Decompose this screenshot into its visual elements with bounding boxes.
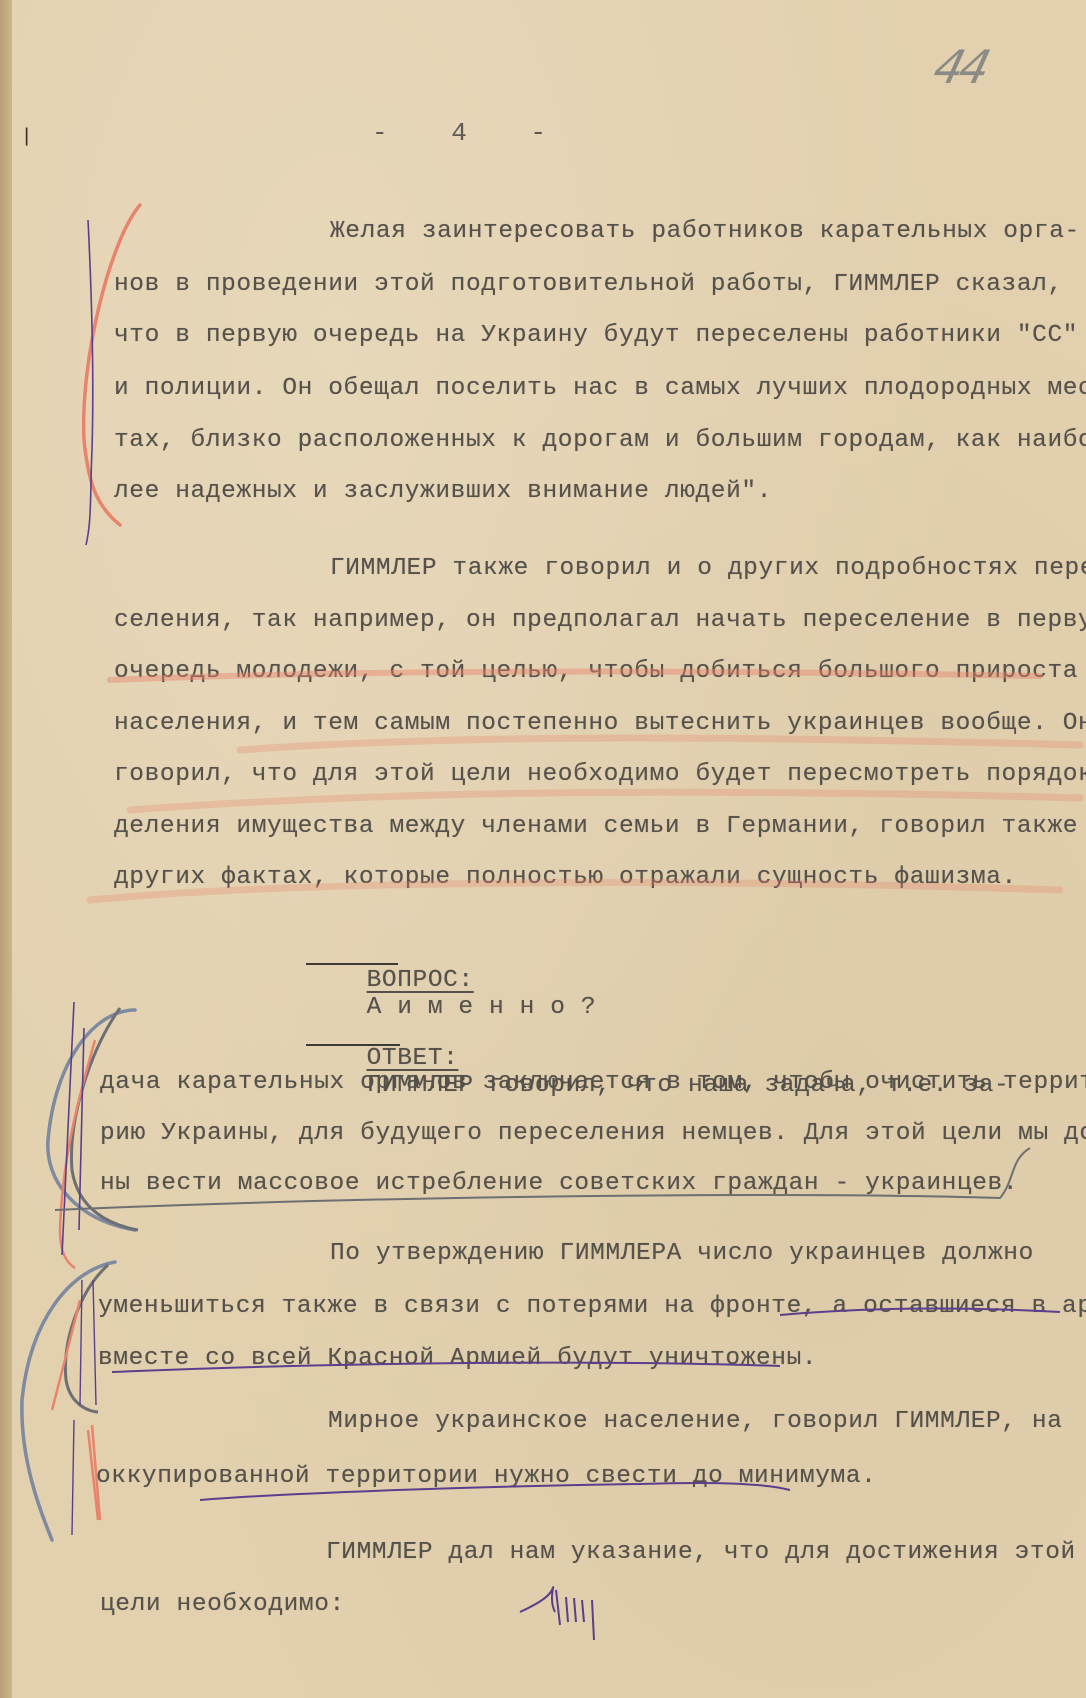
text-line: уменьшиться также в связи с потерями на … <box>98 1293 1086 1320</box>
text-line: оккупированной территории нужно свести д… <box>96 1463 876 1490</box>
text-line: ны вести массовое истребление советских … <box>100 1170 1018 1197</box>
answer-label: ОТВЕТ: <box>367 1045 459 1072</box>
question-label: ВОПРОС: <box>367 967 474 994</box>
text-line: деления имущества между членами семьи в … <box>114 813 1086 840</box>
text-line: ГИММЛЕР дал нам указание, что для достиж… <box>326 1539 1076 1566</box>
text-line: лее надежных и заслуживших внимание люде… <box>114 478 772 505</box>
text-line: Мирное украинское население, говорил ГИМ… <box>328 1408 1063 1435</box>
text-line: селения, так например, он предполагал на… <box>114 607 1086 634</box>
text-line: тах, близко расположенных к дорогам и бо… <box>114 427 1086 454</box>
ink-speck: ❘ <box>20 124 33 150</box>
text-line: цели необходимо: <box>100 1591 345 1618</box>
text-line: что в первую очередь на Украину будут пе… <box>114 322 1078 349</box>
text-line: населения, и тем самым постепенно вытесн… <box>114 710 1086 737</box>
text-line: говорил, что для этой цели необходимо бу… <box>114 761 1086 788</box>
page-number: - 4 - <box>372 118 570 148</box>
text-line: Желая заинтересовать работников каратель… <box>330 218 1080 245</box>
question-text: А и м е н н о ? <box>367 994 597 1021</box>
text-line: ГИММЛЕР также говорил и о других подробн… <box>330 555 1086 582</box>
text-line: По утверждению ГИММЛЕРА число украинцев … <box>330 1240 1034 1267</box>
text-line: и полиции. Он обещал поселить нас в самы… <box>114 375 1086 402</box>
text-line: вместе со всей Красной Армией будут унич… <box>98 1345 817 1372</box>
document-page <box>12 0 1086 1698</box>
text-line: нов в проведении этой подготовительной р… <box>114 271 1063 298</box>
text-line: дача карательных органов заключается в т… <box>100 1069 1086 1096</box>
paper-edge <box>0 0 12 1698</box>
text-line: очередь молодежи, с той целью, чтобы доб… <box>114 658 1078 685</box>
question-line: ВОПРОС: А и м е н н о ? <box>336 940 596 1021</box>
text-line: других фактах, которые полностью отражал… <box>114 864 1017 891</box>
text-line: рию Украины, для будущего переселения не… <box>100 1120 1086 1147</box>
